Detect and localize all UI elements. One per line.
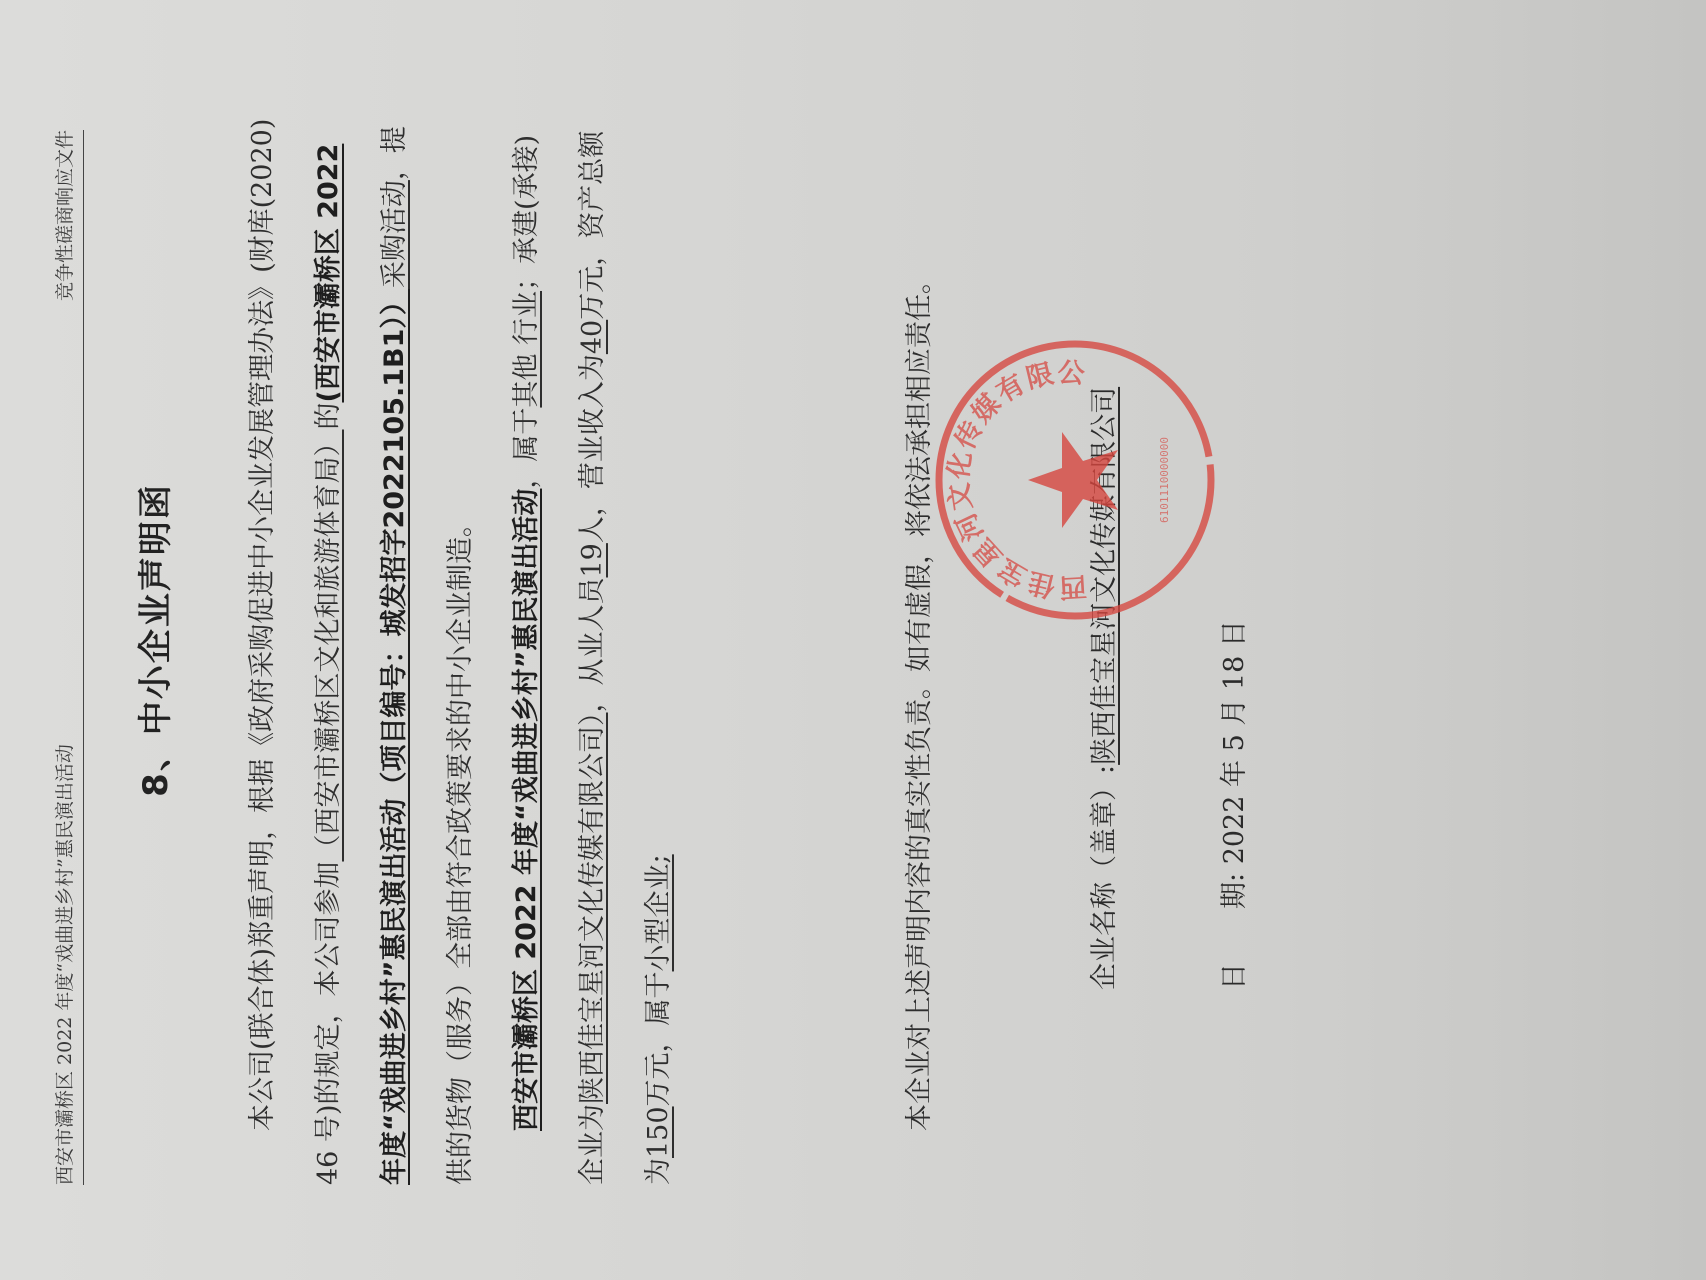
assets-field: 150 <box>643 1106 674 1158</box>
employees-field: 19 <box>577 543 608 577</box>
company-field: 陕西佳宝星河文化传媒有限公司） <box>577 713 608 1105</box>
text: 的 <box>313 403 344 430</box>
declaration-page: 西安市灞桥区 2022 年度“戏曲进乡村”惠民演出活动 竞争性磋商响应文件 8、… <box>0 0 1706 1280</box>
document-photo: 西安市灞桥区 2022 年度“戏曲进乡村”惠民演出活动 竞争性磋商响应文件 8、… <box>0 0 1706 1280</box>
date-label: 日 期: <box>1219 873 1250 990</box>
paragraph-enterprise-info: 西安市灞桥区 2022 年度“戏曲进乡村”惠民演出活动，属于其他 行业；承建(承… <box>494 110 692 1185</box>
header-project: 西安市灞桥区 2022 年度“戏曲进乡村”惠民演出活动 <box>50 744 77 1185</box>
activity-field: 采购活动 <box>379 180 410 288</box>
date-row: 日 期: 2022 年 5 月 18 日 <box>1170 387 1300 990</box>
date-value: 2022 年 5 月 18 日 <box>1219 620 1250 864</box>
project-name-field: 西安市灞桥区 2022 年度“戏曲进乡村”惠民演出活动 <box>511 489 542 1131</box>
declaration-body: 本公司(联合体)郑重声明，根据《政府采购促进中小企业发展管理办法》(财库(202… <box>230 110 953 1185</box>
company-label: 企业名称（盖章）: <box>1089 765 1120 990</box>
statement-paragraph: 本企业对上述声明内容的真实性负责。如有虚假，将依法承担相应责任。 <box>887 110 953 1185</box>
paragraph-declaration: 本公司(联合体)郑重声明，根据《政府采购促进中小企业发展管理办法》(财库(202… <box>230 110 494 1185</box>
header-doc-type: 竞争性磋商响应文件 <box>50 130 77 301</box>
company-name: 陕西佳宝星河文化传媒有限公司 <box>1089 387 1120 765</box>
signature-block: 企业名称（盖章）:陕西佳宝星河文化传媒有限公司 日 期: 2022 年 5 月 … <box>1040 387 1300 990</box>
purchaser-field: （西安市灞桥区文化和旅游体育局） <box>313 430 344 862</box>
company-signature-row: 企业名称（盖章）:陕西佳宝星河文化传媒有限公司 <box>1040 387 1170 990</box>
text: 人，营业收入为 <box>577 354 608 543</box>
enterprise-size-field: 小型企业; <box>643 854 674 971</box>
page-header: 西安市灞桥区 2022 年度“戏曲进乡村”惠民演出活动 竞争性磋商响应文件 <box>50 130 84 1185</box>
revenue-field: 40 <box>577 320 608 354</box>
text: ，属于 <box>511 408 542 489</box>
page-title: 8、中小企业声明函 <box>128 0 177 1280</box>
text: 万元，属于 <box>643 971 674 1106</box>
text: ，从业人员 <box>577 578 608 713</box>
industry-field: 其他 行业 <box>511 291 542 408</box>
